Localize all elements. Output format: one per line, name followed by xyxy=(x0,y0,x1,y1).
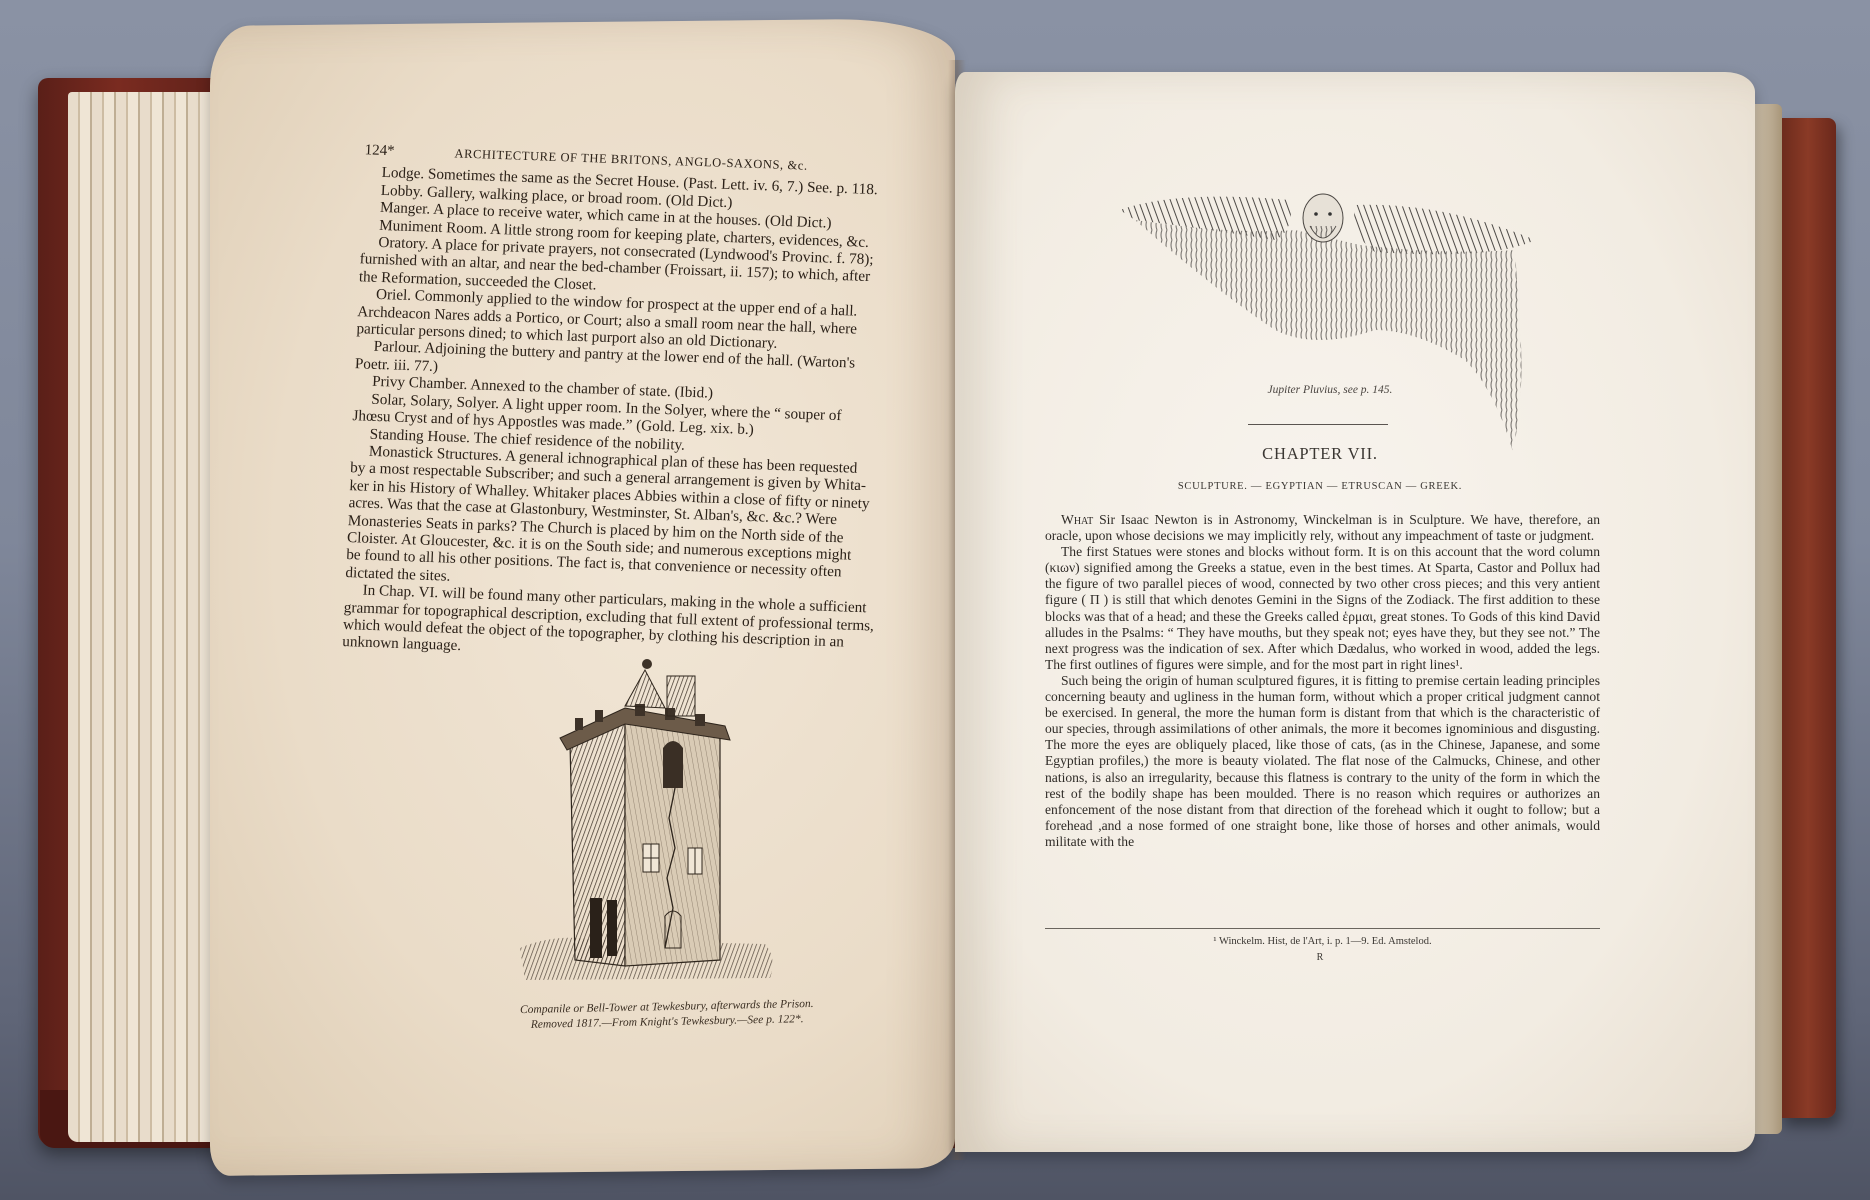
footnote-rule xyxy=(1045,928,1600,929)
jupiter-pluvius-engraving xyxy=(1115,190,1555,460)
book-cover-right xyxy=(1780,118,1836,1118)
book-photo: 124* ARCHITECTURE OF THE BRITONS, ANGLO-… xyxy=(0,0,1870,1200)
tower-engraving xyxy=(515,648,785,988)
chapter-subtitle: SCULPTURE. — EGYPTIAN — ETRUSCAN — GREEK… xyxy=(1100,481,1540,492)
signature-mark: R xyxy=(1300,952,1340,963)
illustration-caption: Jupiter Pluvius, see p. 145. xyxy=(1200,384,1460,396)
right-page-text: What Sir Isaac Newton is in Astronomy, W… xyxy=(1045,512,1600,850)
paragraph: Such being the origin of human sculpture… xyxy=(1045,673,1600,850)
paragraph: What Sir Isaac Newton is in Astronomy, W… xyxy=(1045,512,1600,544)
drop-lead: What xyxy=(1061,512,1093,527)
page-number: 124* xyxy=(364,142,455,163)
paragraph: The first Statues were stones and blocks… xyxy=(1045,544,1600,673)
footnote: ¹ Winckelm. Hist, de l'Art, i. p. 1—9. E… xyxy=(1045,936,1600,947)
section-rule xyxy=(1248,424,1388,425)
chapter-title: CHAPTER VII. xyxy=(1160,444,1480,464)
page-stack-left xyxy=(68,92,218,1142)
left-page-text: 124* ARCHITECTURE OF THE BRITONS, ANGLO-… xyxy=(342,142,929,670)
paragraph-text: Sir Isaac Newton is in Astronomy, Wincke… xyxy=(1045,512,1600,543)
